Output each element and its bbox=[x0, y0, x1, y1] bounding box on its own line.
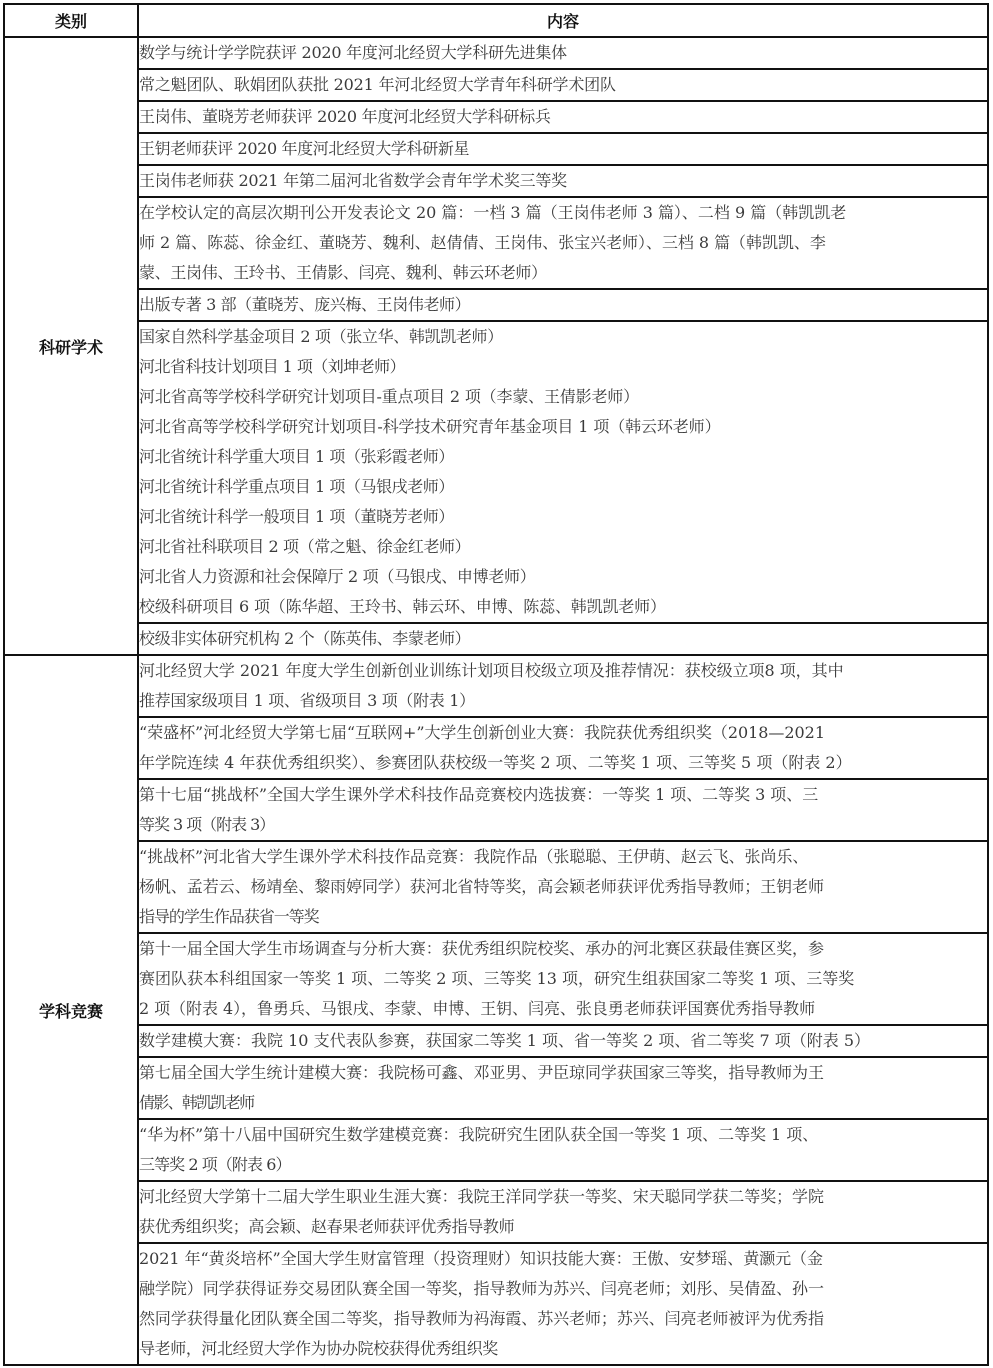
content-line: “荣盛杯”河北经贸大学第七届“互联网+”大学生创新创业大赛：我院获优秀组织奖（2… bbox=[139, 718, 987, 748]
content-cell: 校级非实体研究机构 2 个（陈英伟、李蒙老师） bbox=[138, 623, 988, 655]
table-row: 在学校认定的高层次期刊公开发表论文 20 篇：一档 3 篇（王岗伟老师 3 篇）… bbox=[4, 197, 988, 289]
content-line: 河北省统计科学一般项目 1 项（董晓芳老师） bbox=[139, 502, 987, 532]
content-line: 倩影、韩凯凯老师 bbox=[139, 1088, 987, 1118]
content-line: 河北省社科联项目 2 项（常之魁、徐金红老师） bbox=[139, 532, 987, 562]
content-cell: “荣盛杯”河北经贸大学第七届“互联网+”大学生创新创业大赛：我院获优秀组织奖（2… bbox=[138, 717, 988, 779]
table-row: 出版专著 3 部（董晓芳、庞兴梅、王岗伟老师） bbox=[4, 289, 988, 321]
content-line: 2 项（附表 4），鲁勇兵、马银戌、李蒙、申博、王钥、闫亮、张良勇老师获评国赛优… bbox=[139, 994, 987, 1024]
content-cell: 第七届全国大学生统计建模大赛：我院杨可鑫、邓亚男、尹臣琼同学获国家三等奖，指导教… bbox=[138, 1057, 988, 1119]
content-line: 第十七届“挑战杯”全国大学生课外学术科技作品竞赛校内选拔赛：一等奖 1 项、二等… bbox=[139, 780, 987, 810]
content-cell: 在学校认定的高层次期刊公开发表论文 20 篇：一档 3 篇（王岗伟老师 3 篇）… bbox=[138, 197, 988, 289]
content-line: 河北省科技计划项目 1 项（刘坤老师） bbox=[139, 352, 987, 382]
achievements-table: 类别 内容 科研学术数学与统计学学院获评 2020 年度河北经贸大学科研先进集体… bbox=[3, 3, 989, 1366]
content-line: 在学校认定的高层次期刊公开发表论文 20 篇：一档 3 篇（王岗伟老师 3 篇）… bbox=[139, 198, 987, 228]
content-line: 然同学获得量化团队赛全国二等奖，指导教师为祃海霞、苏兴老师；苏兴、闫亮老师被评为… bbox=[139, 1304, 987, 1334]
content-line: 年学院连续 4 年获优秀组织奖）、参赛团队获校级一等奖 2 项、二等奖 1 项、… bbox=[139, 748, 987, 778]
table-row: 国家自然科学基金项目 2 项（张立华、韩凯凯老师）河北省科技计划项目 1 项（刘… bbox=[4, 321, 988, 623]
content-cell: 第十一届全国大学生市场调查与分析大赛：获优秀组织院校奖、承办的河北赛区获最佳赛区… bbox=[138, 933, 988, 1025]
table-row: 2021 年“黄炎培杯”全国大学生财富管理（投资理财）知识技能大赛：王傲、安梦瑶… bbox=[4, 1243, 988, 1365]
content-line: 王钥老师获评 2020 年度河北经贸大学科研新星 bbox=[139, 134, 987, 164]
content-line: “华为杯”第十八届中国研究生数学建模竞赛：我院研究生团队获全国一等奖 1 项、二… bbox=[139, 1120, 987, 1150]
content-line: “挑战杯”河北省大学生课外学术科技作品竞赛：我院作品（张聪聪、王伊萌、赵云飞、张… bbox=[139, 842, 987, 872]
content-line: 杨帆、孟若云、杨靖垒、黎雨婷同学）获河北省特等奖，高会颖老师获评优秀指导教师；王… bbox=[139, 872, 987, 902]
table-row: 数学建模大赛：我院 10 支代表队参赛，获国家二等奖 1 项、省一等奖 2 项、… bbox=[4, 1025, 988, 1057]
content-line: 数学与统计学学院获评 2020 年度河北经贸大学科研先进集体 bbox=[139, 38, 987, 68]
table-row: “华为杯”第十八届中国研究生数学建模竞赛：我院研究生团队获全国一等奖 1 项、二… bbox=[4, 1119, 988, 1181]
content-cell: 王岗伟、董晓芳老师获评 2020 年度河北经贸大学科研标兵 bbox=[138, 101, 988, 133]
table-body: 科研学术数学与统计学学院获评 2020 年度河北经贸大学科研先进集体常之魁团队、… bbox=[4, 37, 988, 1365]
content-line: 河北省统计科学重大项目 1 项（张彩霞老师） bbox=[139, 442, 987, 472]
table-row: “荣盛杯”河北经贸大学第七届“互联网+”大学生创新创业大赛：我院获优秀组织奖（2… bbox=[4, 717, 988, 779]
table-row: 科研学术数学与统计学学院获评 2020 年度河北经贸大学科研先进集体 bbox=[4, 37, 988, 69]
content-line: 出版专著 3 部（董晓芳、庞兴梅、王岗伟老师） bbox=[139, 290, 987, 320]
table-row: 王钥老师获评 2020 年度河北经贸大学科研新星 bbox=[4, 133, 988, 165]
content-line: 河北省人力资源和社会保障厅 2 项（马银戌、申博老师） bbox=[139, 562, 987, 592]
content-line: 河北省高等学校科学研究计划项目-科学技术研究青年基金项目 1 项（韩云环老师） bbox=[139, 412, 987, 442]
content-cell: 河北经贸大学 2021 年度大学生创新创业训练计划项目校级立项及推荐情况：获校级… bbox=[138, 655, 988, 717]
content-cell: “挑战杯”河北省大学生课外学术科技作品竞赛：我院作品（张聪聪、王伊萌、赵云飞、张… bbox=[138, 841, 988, 933]
content-line: 校级科研项目 6 项（陈华超、王玲书、韩云环、申博、陈蕊、韩凯凯老师） bbox=[139, 592, 987, 622]
content-cell: 国家自然科学基金项目 2 项（张立华、韩凯凯老师）河北省科技计划项目 1 项（刘… bbox=[138, 321, 988, 623]
content-line: 常之魁团队、耿娟团队获批 2021 年河北经贸大学青年科研学术团队 bbox=[139, 70, 987, 100]
content-line: 第十一届全国大学生市场调查与分析大赛：获优秀组织院校奖、承办的河北赛区获最佳赛区… bbox=[139, 934, 987, 964]
content-line: 融学院）同学获得证券交易团队赛全国一等奖，指导教师为苏兴、闫亮老师；刘彤、吴倩盈… bbox=[139, 1274, 987, 1304]
header-category: 类别 bbox=[4, 4, 138, 37]
content-line: 河北经贸大学 2021 年度大学生创新创业训练计划项目校级立项及推荐情况：获校级… bbox=[139, 656, 987, 686]
content-line: 第七届全国大学生统计建模大赛：我院杨可鑫、邓亚男、尹臣琼同学获国家三等奖，指导教… bbox=[139, 1058, 987, 1088]
table-row: 常之魁团队、耿娟团队获批 2021 年河北经贸大学青年科研学术团队 bbox=[4, 69, 988, 101]
content-line: 蒙、王岗伟、王玲书、王倩影、闫亮、魏利、韩云环老师） bbox=[139, 258, 987, 288]
content-cell: 常之魁团队、耿娟团队获批 2021 年河北经贸大学青年科研学术团队 bbox=[138, 69, 988, 101]
content-line: 赛团队获本科组国家一等奖 1 项、二等奖 2 项、三等奖 13 项，研究生组获国… bbox=[139, 964, 987, 994]
content-line: 数学建模大赛：我院 10 支代表队参赛，获国家二等奖 1 项、省一等奖 2 项、… bbox=[139, 1026, 987, 1056]
category-cell: 学科竞赛 bbox=[4, 655, 138, 1365]
content-cell: 数学与统计学学院获评 2020 年度河北经贸大学科研先进集体 bbox=[138, 37, 988, 69]
content-line: 指导的学生作品获省一等奖 bbox=[139, 902, 987, 932]
category-cell: 科研学术 bbox=[4, 37, 138, 655]
content-cell: 河北经贸大学第十二届大学生职业生涯大赛：我院王洋同学获一等奖、宋天聪同学获二等奖… bbox=[138, 1181, 988, 1243]
content-cell: 王岗伟老师获 2021 年第二届河北省数学会青年学术奖三等奖 bbox=[138, 165, 988, 197]
content-line: 师 2 篇、陈蕊、徐金红、董晓芳、魏利、赵倩倩、王岗伟、张宝兴老师）、三档 8 … bbox=[139, 228, 987, 258]
content-cell: 2021 年“黄炎培杯”全国大学生财富管理（投资理财）知识技能大赛：王傲、安梦瑶… bbox=[138, 1243, 988, 1365]
header-content: 内容 bbox=[138, 4, 988, 37]
table-row: 学科竞赛河北经贸大学 2021 年度大学生创新创业训练计划项目校级立项及推荐情况… bbox=[4, 655, 988, 717]
table-row: 王岗伟、董晓芳老师获评 2020 年度河北经贸大学科研标兵 bbox=[4, 101, 988, 133]
table-row: 校级非实体研究机构 2 个（陈英伟、李蒙老师） bbox=[4, 623, 988, 655]
content-cell: 出版专著 3 部（董晓芳、庞兴梅、王岗伟老师） bbox=[138, 289, 988, 321]
content-line: 王岗伟老师获 2021 年第二届河北省数学会青年学术奖三等奖 bbox=[139, 166, 987, 196]
content-cell: 王钥老师获评 2020 年度河北经贸大学科研新星 bbox=[138, 133, 988, 165]
table-row: 第十一届全国大学生市场调查与分析大赛：获优秀组织院校奖、承办的河北赛区获最佳赛区… bbox=[4, 933, 988, 1025]
content-line: 国家自然科学基金项目 2 项（张立华、韩凯凯老师） bbox=[139, 322, 987, 352]
table-row: 第七届全国大学生统计建模大赛：我院杨可鑫、邓亚男、尹臣琼同学获国家三等奖，指导教… bbox=[4, 1057, 988, 1119]
content-cell: 数学建模大赛：我院 10 支代表队参赛，获国家二等奖 1 项、省一等奖 2 项、… bbox=[138, 1025, 988, 1057]
content-line: 校级非实体研究机构 2 个（陈英伟、李蒙老师） bbox=[139, 624, 987, 654]
content-line: 王岗伟、董晓芳老师获评 2020 年度河北经贸大学科研标兵 bbox=[139, 102, 987, 132]
content-line: 获优秀组织奖；高会颖、赵春果老师获评优秀指导教师 bbox=[139, 1212, 987, 1242]
header-row: 类别 内容 bbox=[4, 4, 988, 37]
content-line: 河北经贸大学第十二届大学生职业生涯大赛：我院王洋同学获一等奖、宋天聪同学获二等奖… bbox=[139, 1182, 987, 1212]
content-line: 导老师，河北经贸大学作为协办院校获得优秀组织奖 bbox=[139, 1334, 987, 1364]
content-cell: “华为杯”第十八届中国研究生数学建模竞赛：我院研究生团队获全国一等奖 1 项、二… bbox=[138, 1119, 988, 1181]
content-line: 河北省高等学校科学研究计划项目-重点项目 2 项（李蒙、王倩影老师） bbox=[139, 382, 987, 412]
content-line: 等奖 3 项（附表 3） bbox=[139, 810, 987, 840]
content-line: 河北省统计科学重点项目 1 项（马银戌老师） bbox=[139, 472, 987, 502]
content-line: 三等奖 2 项（附表 6） bbox=[139, 1150, 987, 1180]
content-line: 推荐国家级项目 1 项、省级项目 3 项（附表 1） bbox=[139, 686, 987, 716]
content-cell: 第十七届“挑战杯”全国大学生课外学术科技作品竞赛校内选拔赛：一等奖 1 项、二等… bbox=[138, 779, 988, 841]
table-row: 王岗伟老师获 2021 年第二届河北省数学会青年学术奖三等奖 bbox=[4, 165, 988, 197]
content-line: 2021 年“黄炎培杯”全国大学生财富管理（投资理财）知识技能大赛：王傲、安梦瑶… bbox=[139, 1244, 987, 1274]
table-row: 河北经贸大学第十二届大学生职业生涯大赛：我院王洋同学获一等奖、宋天聪同学获二等奖… bbox=[4, 1181, 988, 1243]
table-row: “挑战杯”河北省大学生课外学术科技作品竞赛：我院作品（张聪聪、王伊萌、赵云飞、张… bbox=[4, 841, 988, 933]
table-row: 第十七届“挑战杯”全国大学生课外学术科技作品竞赛校内选拔赛：一等奖 1 项、二等… bbox=[4, 779, 988, 841]
